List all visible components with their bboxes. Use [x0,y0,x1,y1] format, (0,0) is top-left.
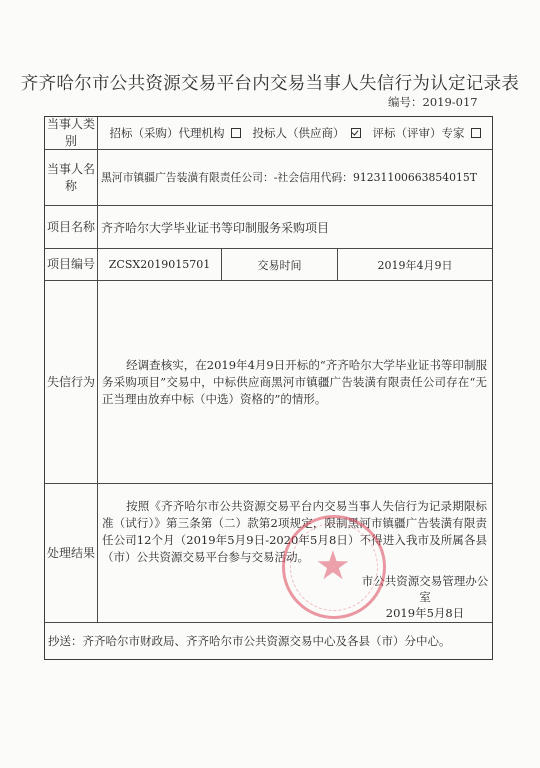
document-title: 齐齐哈尔市公共资源交易平台内交易当事人失信行为认定记录表 [0,70,540,95]
misconduct-text: 经调查核实，在2019年4月9日开标的“齐齐哈尔大学毕业证书等印制服务采购项目”… [101,357,489,408]
project-number-cells: ZCSX2019015701 交易时间 2019年4月9日 [98,249,492,280]
party-type-options: 招标（采购）代理机构 投标人（供应商） 评标（评审）专家 [98,117,492,149]
signature-block: 市公共资源交易管理办公室 2019年5月8日 [360,573,490,621]
party-name-value: 黑河市镇疆广告装潢有限责任公司：-社会信用代码：9123110066385401… [98,150,492,205]
option-bidder-label: 投标人（供应商） [253,125,345,141]
row-project-number: 项目编号 ZCSX2019015701 交易时间 2019年4月9日 [45,249,492,281]
document-number: 编号：2019-017 [388,94,478,110]
checkbox-bidder-checked[interactable] [351,128,361,138]
row-misconduct: 失信行为 经调查核实，在2019年4月9日开标的“齐齐哈尔大学毕业证书等印制服务… [45,281,492,484]
row-party-name: 当事人名称 黑河市镇疆广告装潢有限责任公司：-社会信用代码：9123110066… [45,150,492,206]
label-result: 处理结果 [45,484,98,622]
label-project-number: 项目编号 [45,249,98,280]
cc-text: 抄送：齐齐哈尔市财政局、齐齐哈尔市公共资源交易中心及各县（市）分中心。 [45,623,492,659]
option-agency[interactable]: 招标（采购）代理机构 [110,125,241,141]
signature-org: 市公共资源交易管理办公室 [360,573,490,605]
trade-time-value: 2019年4月9日 [338,249,492,280]
option-agency-label: 招标（采购）代理机构 [110,125,225,141]
label-project-name: 项目名称 [45,206,98,248]
row-project-name: 项目名称 齐齐哈尔大学毕业证书等印制服务采购项目 [45,206,492,249]
trade-time-label: 交易时间 [222,249,338,280]
project-name-value: 齐齐哈尔大学毕业证书等印制服务采购项目 [98,206,492,248]
row-result: 处理结果 按照《齐齐哈尔市公共资源交易平台内交易当事人失信行为记录期限标准（试行… [45,484,492,623]
option-bidder[interactable]: 投标人（供应商） [253,125,361,141]
label-party-type: 当事人类别 [45,117,98,149]
result-text: 按照《齐齐哈尔市公共资源交易平台内交易当事人失信行为记录期限标准（试行）》第三条… [101,498,489,566]
row-cc: 抄送：齐齐哈尔市财政局、齐齐哈尔市公共资源交易中心及各县（市）分中心。 [45,623,492,659]
checkbox-agency[interactable] [231,128,241,138]
label-misconduct: 失信行为 [45,281,98,483]
row-party-type: 当事人类别 招标（采购）代理机构 投标人（供应商） 评标（评审）专家 [45,117,492,150]
checkbox-expert[interactable] [471,128,481,138]
option-expert[interactable]: 评标（评审）专家 [373,125,481,141]
label-party-name: 当事人名称 [45,150,98,205]
record-table: 当事人类别 招标（采购）代理机构 投标人（供应商） 评标（评审）专家 当事人名称… [44,116,493,660]
misconduct-cell: 经调查核实，在2019年4月9日开标的“齐齐哈尔大学毕业证书等印制服务采购项目”… [98,281,492,483]
project-number-value: ZCSX2019015701 [98,249,222,280]
signature-date: 2019年5月8日 [360,605,490,621]
option-expert-label: 评标（评审）专家 [373,125,465,141]
result-cell: 按照《齐齐哈尔市公共资源交易平台内交易当事人失信行为记录期限标准（试行）》第三条… [98,484,492,622]
